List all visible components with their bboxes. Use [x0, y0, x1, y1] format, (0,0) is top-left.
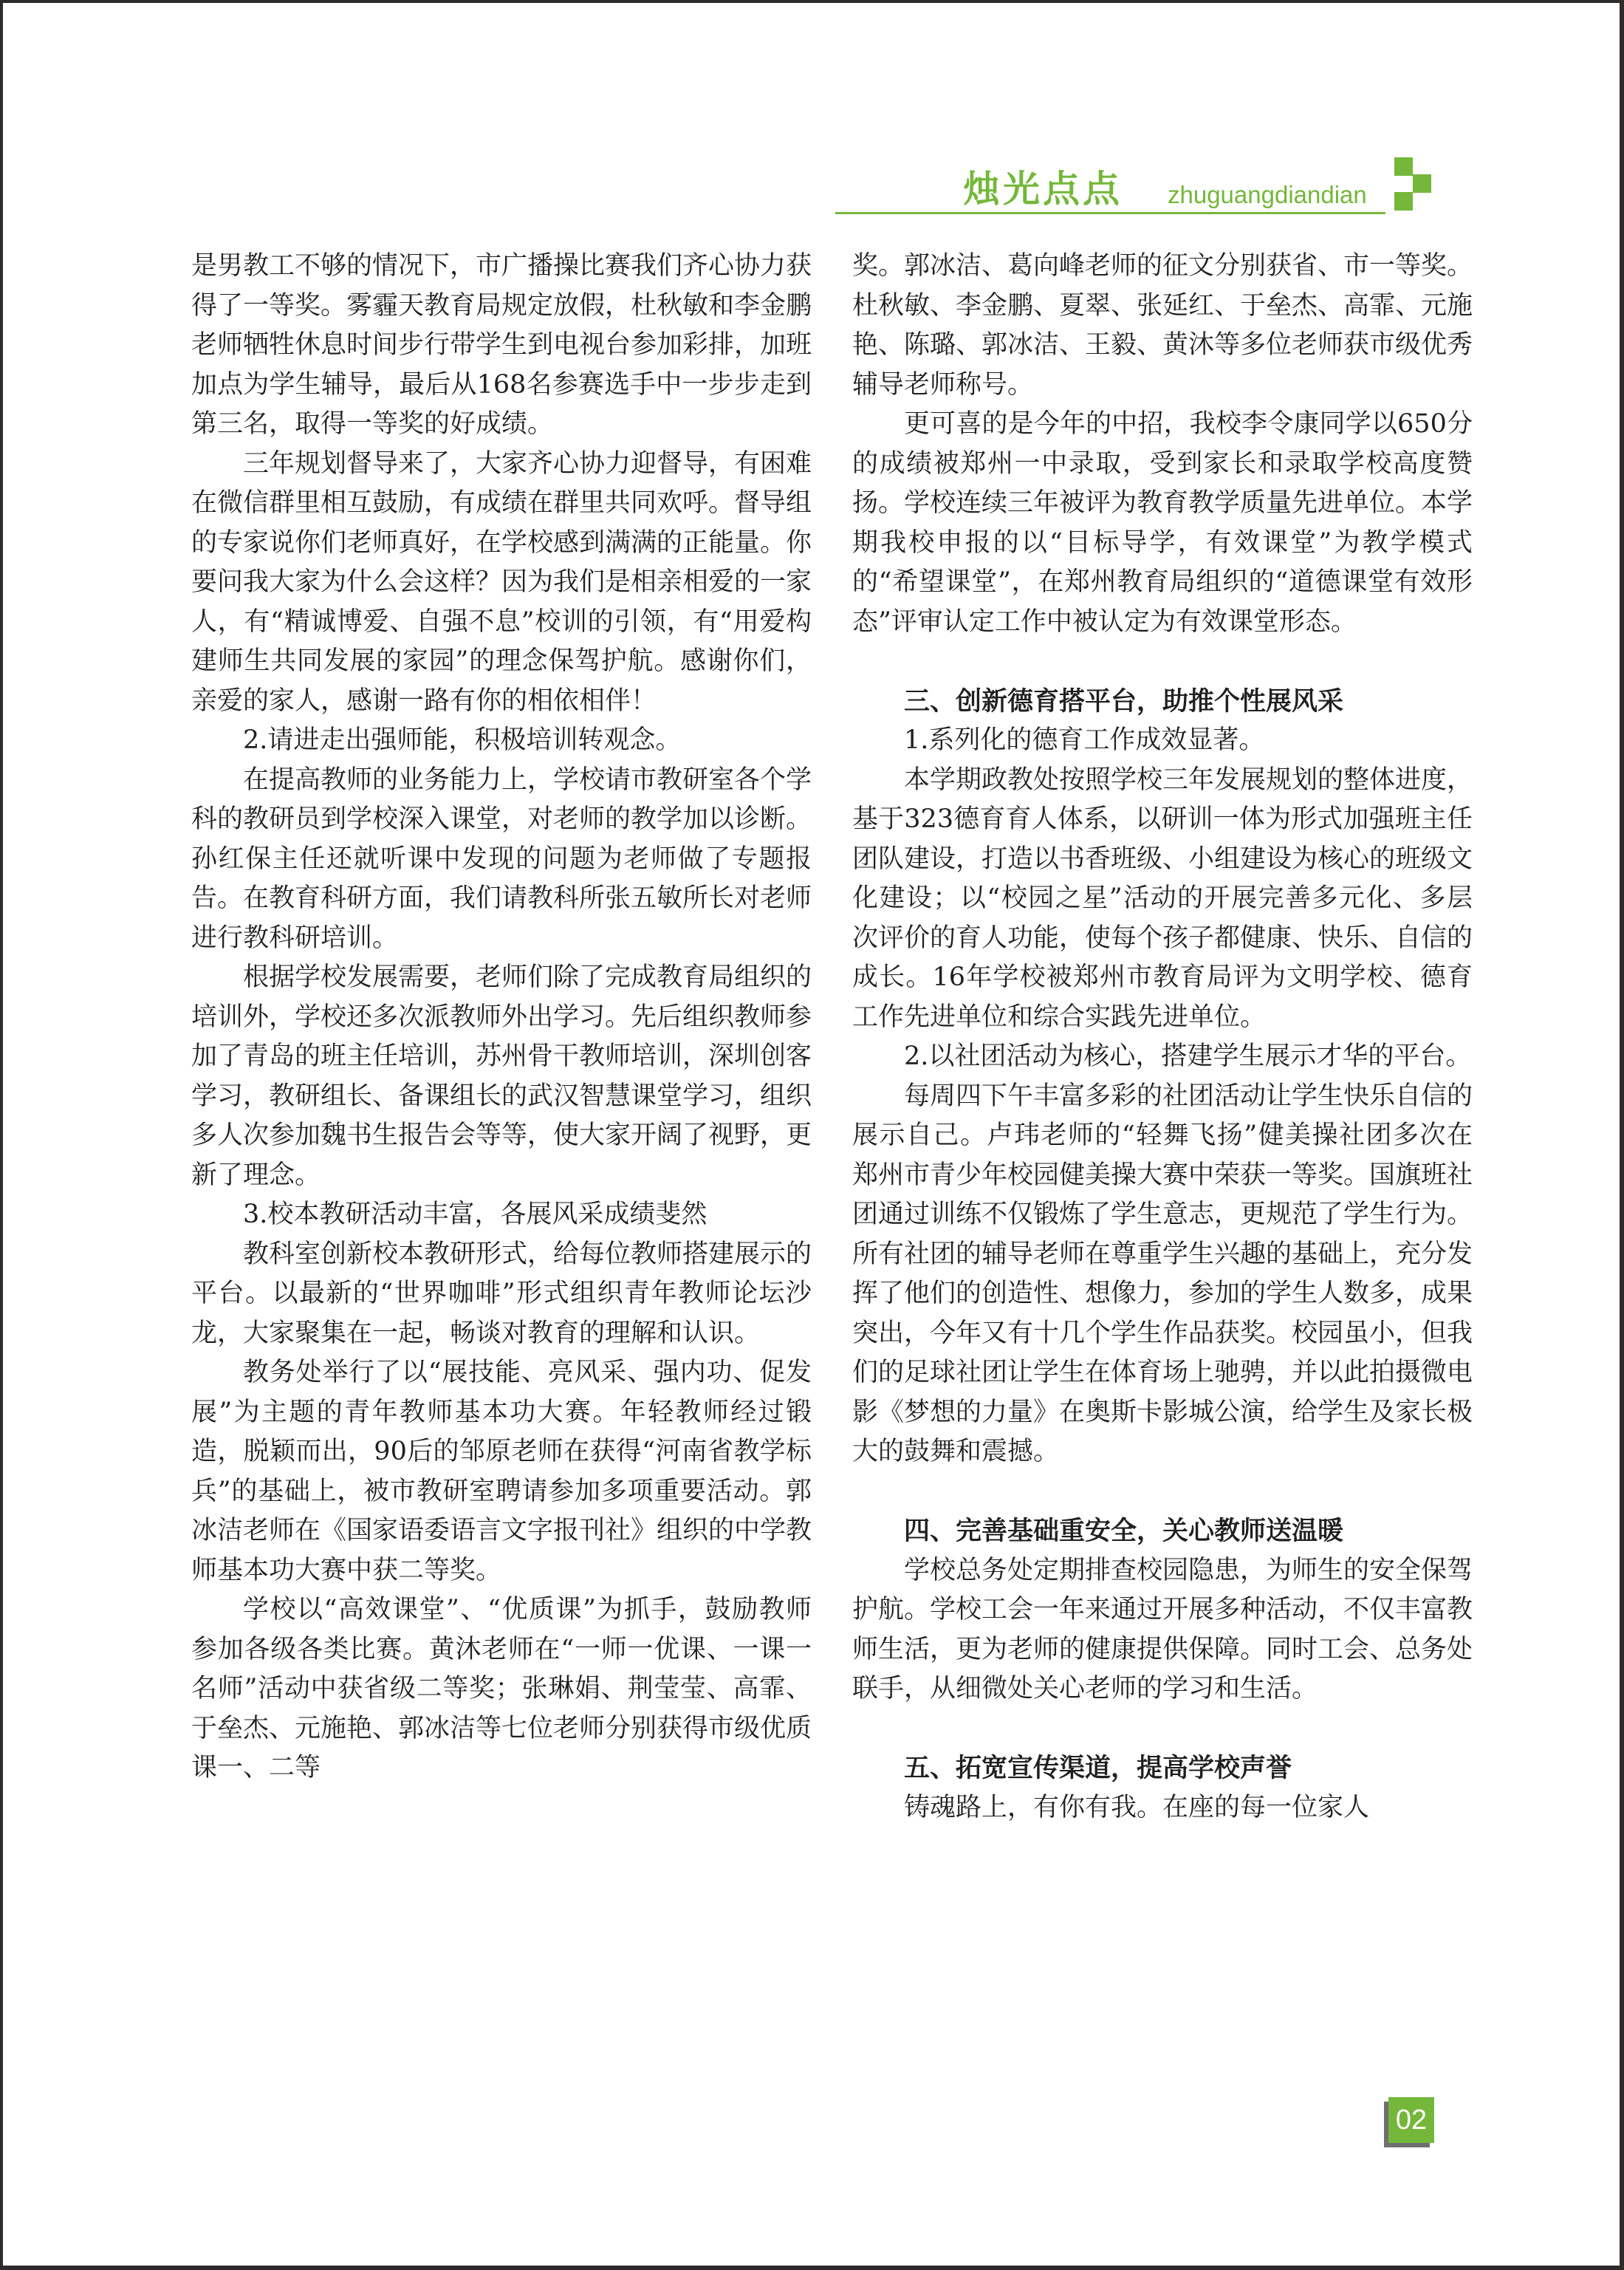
paragraph: 教科室创新校本教研形式，给每位教师搭建展示的平台。以最新的“世界咖啡”形式组织青… — [191, 1235, 812, 1354]
magazine-page: 烛光点点 zhuguangdiandian 是男教工不够的情况下，市广播操比赛我… — [3, 3, 1620, 2266]
paragraph: 铸魂路上，有你有我。在座的每一位家人 — [852, 1788, 1473, 1828]
right-column: 奖。郭冰洁、葛向峰老师的征文分别获省、市一等奖。杜秋敏、李金鹏、夏翠、张延红、于… — [852, 247, 1473, 1828]
subheading: 3.校本教研活动丰富，各展风采成绩斐然 — [191, 1195, 812, 1235]
paragraph: 每周四下午丰富多彩的社团活动让学生快乐自信的展示自己。卢玮老师的“轻舞飞扬”健美… — [852, 1077, 1473, 1472]
subheading: 2.请进走出强师能，积极培训转观念。 — [191, 721, 812, 761]
logo-square-bottom — [1394, 192, 1413, 211]
paragraph: 学校以“高效课堂”、“优质课”为抓手，鼓励教师参加各级各类比赛。黄沐老师在“一师… — [191, 1590, 812, 1788]
paragraph: 根据学校发展需要，老师们除了完成教育局组织的培训外，学校还多次派教师外出学习。先… — [191, 958, 812, 1195]
logo-square-top — [1394, 157, 1413, 176]
section-heading-5: 五、拓宽宣传渠道，提高学校声誉 — [852, 1748, 1473, 1788]
section-heading-4: 四、完善基础重安全，关心教师送温暖 — [852, 1511, 1473, 1551]
left-column: 是男教工不够的情况下，市广播操比赛我们齐心协力获得了一等奖。雾霾天教育局规定放假… — [191, 247, 812, 1788]
logo-square-middle — [1413, 174, 1431, 193]
subheading: 2.以社团活动为核心，搭建学生展示才华的平台。 — [852, 1037, 1473, 1077]
page-number: 02 — [1388, 2097, 1434, 2143]
section-heading-3: 三、创新德育搭平台，助推个性展风采 — [852, 682, 1473, 722]
paragraph: 更可喜的是今年的中招，我校李令康同学以650分的成绩被郑州一中录取，受到家长和录… — [852, 405, 1473, 642]
paragraph: 是男教工不够的情况下，市广播操比赛我们齐心协力获得了一等奖。雾霾天教育局规定放假… — [191, 247, 812, 445]
section-title-pinyin: zhuguangdiandian — [1168, 180, 1367, 210]
paragraph: 教务处举行了以“展技能、亮风采、强内功、促发展”为主题的青年教师基本功大赛。年轻… — [191, 1353, 812, 1590]
paragraph: 奖。郭冰洁、葛向峰老师的征文分别获省、市一等奖。杜秋敏、李金鹏、夏翠、张延红、于… — [852, 247, 1473, 405]
spacer — [852, 642, 1473, 682]
paragraph: 三年规划督导来了，大家齐心协力迎督导，有困难在微信群里相互鼓励，有成绩在群里共同… — [191, 445, 812, 722]
subheading: 1.系列化的德育工作成效显著。 — [852, 721, 1473, 761]
paragraph: 学校总务处定期排查校园隐患，为师生的安全保驾护航。学校工会一年来通过开展多种活动… — [852, 1551, 1473, 1709]
section-title: 烛光点点 — [963, 167, 1123, 211]
paragraph: 本学期政教处按照学校三年发展规划的整体进度，基于323德育育人体系，以研训一体为… — [852, 761, 1473, 1038]
spacer — [852, 1709, 1473, 1749]
spacer — [852, 1472, 1473, 1512]
header-rule — [835, 212, 1385, 214]
paragraph: 在提高教师的业务能力上，学校请市教研室各个学科的教研员到学校深入课堂，对老师的教… — [191, 761, 812, 959]
